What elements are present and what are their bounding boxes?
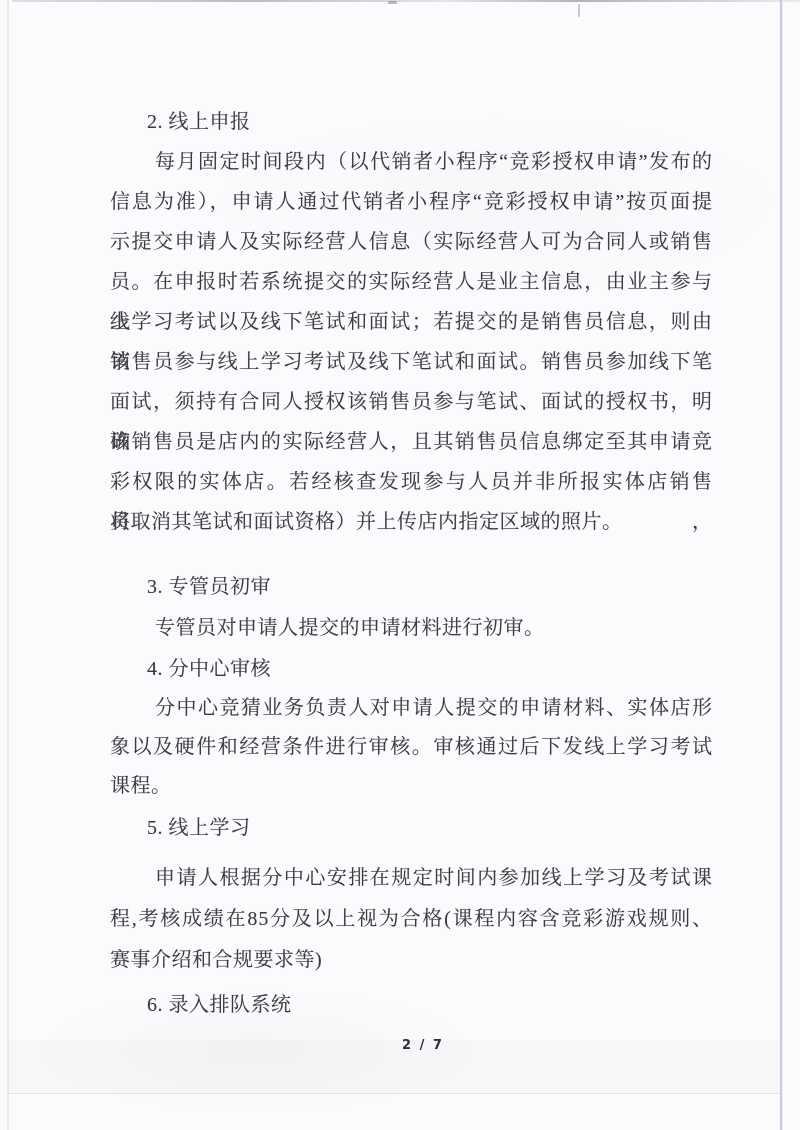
- paragraph-line: 示提交申请人及实际经营人信息（实际经营人可为合同人或销售: [110, 222, 713, 262]
- paragraph-line: 信息为准），申请人通过代销者小程序“竞彩授权申请”按页面提: [110, 182, 713, 222]
- paragraph-line: 赛事介绍和合规要求等): [110, 940, 713, 980]
- page-number: 2 / 7: [402, 1038, 444, 1053]
- paragraph-line: 专管员对申请人提交的申请材料进行初审。: [110, 608, 713, 648]
- section-heading: 4. 分中心审核: [110, 649, 713, 689]
- paragraph-line: 将取消其笔试和面试资格）并上传店内指定区域的照片。: [110, 502, 713, 542]
- paragraph-line: 员。在申报时若系统提交的实际经营人是业主信息，由业主参与线: [110, 262, 713, 302]
- paragraph-line: 该销售员是店内的实际经营人，且其销售员信息绑定至其申请竞: [110, 422, 713, 462]
- paragraph-line: 程,考核成绩在85分及以上视为合格(课程内容含竞彩游戏规则、: [110, 899, 713, 939]
- section-heading: 3. 专管员初审: [110, 567, 713, 607]
- paragraph-line: 分中心竞猜业务负责人对申请人提交的申请材料、实体店形: [110, 688, 713, 728]
- paragraph-line: 每月固定时间段内（以代销者小程序“竞彩授权申请”发布的: [110, 142, 713, 182]
- paragraph-line: 彩权限的实体店。若经核查发现参与人员并非所报实体店销售员，: [110, 462, 713, 502]
- paragraph-line: 销售员参与线上学习考试及线下笔试和面试。销售员参加线下笔: [110, 342, 713, 382]
- paragraph-line: 面试，须持有合同人授权该销售员参与笔试、面试的授权书，明确: [110, 382, 713, 422]
- section-heading: 2. 线上申报: [110, 102, 713, 142]
- paragraph-line: 上学习考试以及线下笔试和面试；若提交的是销售员信息，则由该: [110, 302, 713, 342]
- section-heading: 5. 线上学习: [110, 808, 713, 848]
- scanned-document-page: 2. 线上申报每月固定时间段内（以代销者小程序“竞彩授权申请”发布的信息为准），…: [0, 0, 800, 1130]
- paragraph-line: 象以及硬件和经营条件进行审核。审核通过后下发线上学习考试: [110, 727, 713, 767]
- section-heading: 6. 录入排队系统: [110, 985, 713, 1025]
- paragraph-line: 课程。: [110, 766, 713, 806]
- paragraph-line: 申请人根据分中心安排在规定时间内参加线上学习及考试课: [110, 858, 713, 898]
- document-text-block: 2. 线上申报每月固定时间段内（以代销者小程序“竞彩授权申请”发布的信息为准），…: [0, 0, 800, 1130]
